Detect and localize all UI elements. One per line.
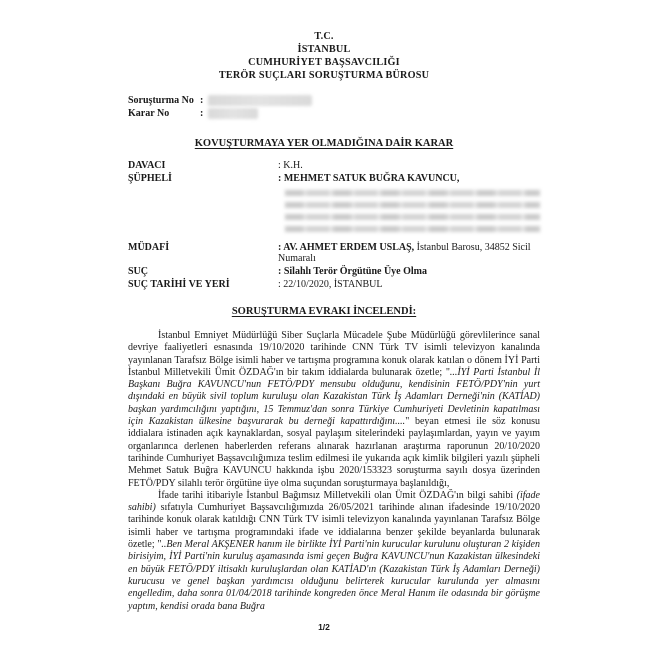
crime-date-label: SUÇ TARİHİ VE YERİ	[128, 279, 230, 290]
colon: :	[200, 108, 203, 119]
header-office: CUMHURİYET BAŞSAVCILIĞI	[0, 57, 648, 68]
suspect-value: : MEHMET SATUK BUĞRA KAVUNCU,	[278, 173, 540, 184]
redacted-investigation-no	[208, 95, 312, 106]
investigation-no-row: Soruşturma No :	[128, 95, 194, 106]
investigation-no-label: Soruşturma No	[128, 95, 194, 106]
crime-value: : Silahlı Terör Örgütüne Üye Olma	[278, 266, 540, 277]
decision-no-row: Karar No :	[128, 108, 169, 119]
defense-value: : AV. AHMET ERDEM USLAŞ, İstanbul Barosu…	[278, 242, 540, 264]
decision-no-label: Karar No	[128, 108, 169, 119]
header-city: İSTANBUL	[0, 44, 648, 55]
crime-date-value: : 22/10/2020, İSTANBUL	[278, 279, 540, 290]
section-title: SORUŞTURMA EVRAKI İNCELENDİ:	[0, 306, 648, 317]
body-text: İstanbul Emniyet Müdürlüğü Siber Suçlarl…	[128, 330, 540, 613]
paragraph-2: İfade tarihi itibariyle İstanbul Bağımsı…	[128, 490, 540, 613]
page-number: 1/2	[0, 622, 648, 632]
paragraph-1: İstanbul Emniyet Müdürlüğü Siber Suçlarl…	[128, 330, 540, 490]
suspect-label: ŞÜPHELİ	[128, 173, 172, 184]
decision-title: KOVUŞTURMAYA YER OLMADIĞINA DAİR KARAR	[0, 138, 648, 149]
header-bureau: TERÖR SUÇLARI SORUŞTURMA BÜROSU	[0, 70, 648, 81]
colon: :	[200, 95, 203, 106]
redacted-suspect-details	[285, 190, 540, 238]
crime-label: SUÇ	[128, 266, 148, 277]
document-page: T.C. İSTANBUL CUMHURİYET BAŞSAVCILIĞI TE…	[0, 0, 648, 648]
plaintiff-value: : K.H.	[278, 160, 540, 171]
redacted-decision-no	[208, 108, 258, 119]
header-tc: T.C.	[0, 31, 648, 42]
plaintiff-label: DAVACI	[128, 160, 165, 171]
defense-label: MÜDAFİ	[128, 242, 169, 253]
